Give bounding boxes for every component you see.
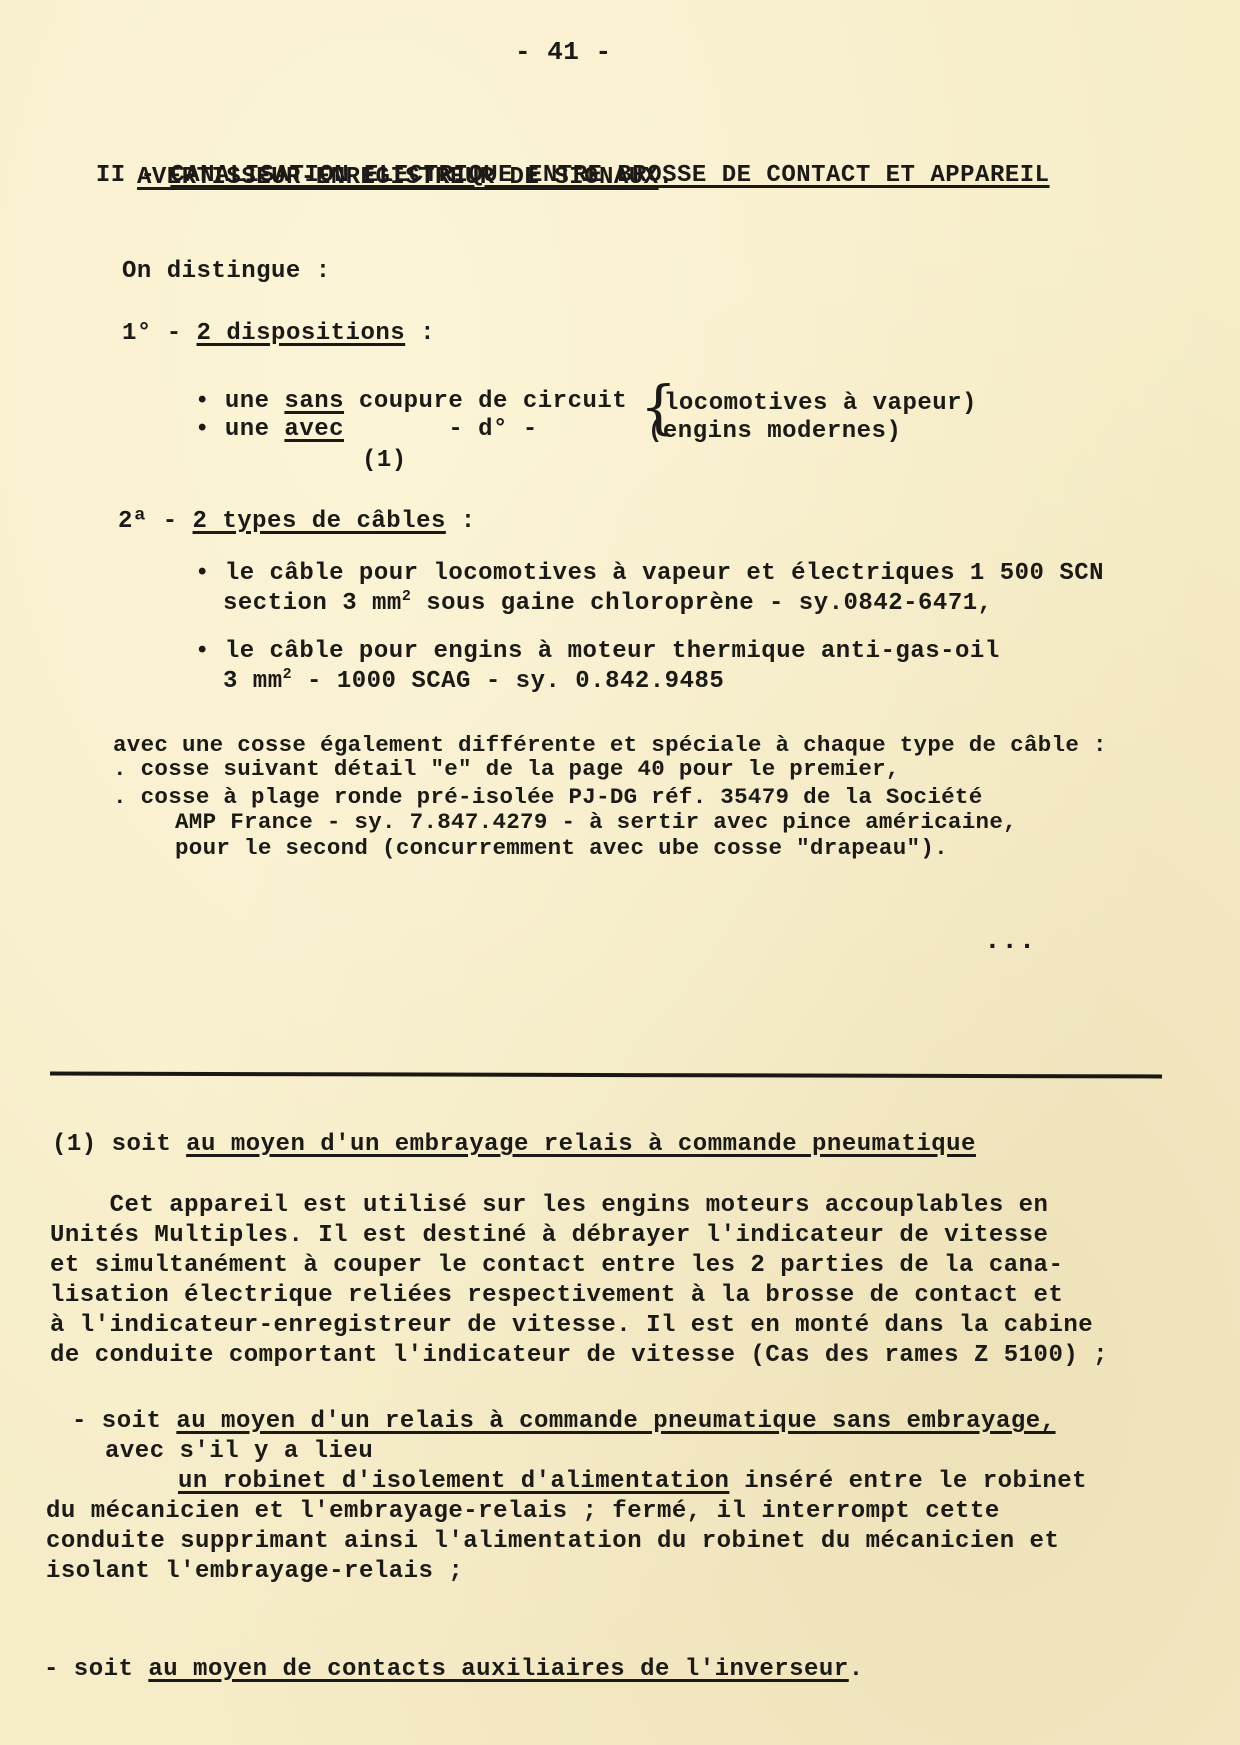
item1-paren1: locomotives à vapeur)	[664, 390, 977, 418]
option3-heading: - soit au moyen de contacts auxiliaires …	[44, 1656, 864, 1684]
section-heading-line2: AVERTISSEUR-ENREGISTREUR DE SIGNAUX.	[137, 164, 674, 192]
option2-rest3: isolant l'embrayage-relais ;	[46, 1558, 463, 1586]
bullet-icon: •	[195, 638, 210, 665]
item1-heading: 1° - 2 dispositions :	[122, 320, 435, 348]
item1-paren2: (engins modernes)	[648, 418, 901, 446]
footnote-divider	[50, 1072, 1162, 1079]
footnote-para-line2: Unités Multiples. Il est destiné à débra…	[50, 1222, 1048, 1250]
option2-rest2: conduite supprimant ainsi l'alimentation…	[46, 1528, 1059, 1556]
option2-line3: un robinet d'isolement d'alimentation in…	[178, 1468, 1087, 1496]
option2-heading: - soit au moyen d'un relais à commande p…	[72, 1408, 1056, 1436]
footnote-ref: (1)	[362, 447, 407, 475]
footnote-para-line5: à l'indicateur-enregistreur de vitesse. …	[50, 1312, 1093, 1340]
intro-text: On distingue :	[122, 258, 331, 286]
footnote-para-line4: lisation électrique reliées respectiveme…	[50, 1282, 1063, 1310]
cosse-line2: . cosse suivant détail "e" de la page 40…	[113, 755, 900, 783]
item1-line2: • une avec - d° -	[195, 416, 538, 444]
cosse-line4: AMP France - sy. 7.847.4279 - à sertir a…	[175, 808, 1017, 836]
cosse-line5: pour le second (concurremment avec ube c…	[175, 834, 948, 862]
section-title-line2: AVERTISSEUR-ENREGISTREUR DE SIGNAUX	[137, 164, 659, 191]
footnote-para-line1: Cet appareil est utilisé sur les engins …	[50, 1192, 1048, 1220]
cable2-line2: 3 mm2 - 1000 SCAG - sy. 0.842.9485	[223, 668, 724, 696]
item2-title: 2 types de câbles	[193, 508, 446, 535]
footnote-title: au moyen d'un embrayage relais à command…	[186, 1131, 976, 1158]
bullet-icon: •	[195, 560, 210, 587]
continuation-dots: ...	[984, 928, 1036, 956]
footnote-para-line6: de conduite comportant l'indicateur de v…	[50, 1342, 1108, 1370]
bullet-icon: •	[195, 416, 210, 443]
item1-title: 2 dispositions	[197, 320, 406, 347]
cosse-line3: . cosse à plage ronde pré-isolée PJ-DG r…	[113, 783, 983, 811]
cable1-line1: • le câble pour locomotives à vapeur et …	[195, 560, 1104, 588]
cable2-line1: • le câble pour engins à moteur thermiqu…	[195, 638, 1000, 666]
bullet-icon: •	[195, 388, 210, 415]
item2-heading: 2ª - 2 types de câbles :	[118, 508, 476, 536]
option2-rest1: du mécanicien et l'embrayage-relais ; fe…	[46, 1498, 1000, 1526]
cable1-line2: section 3 mm2 sous gaine chloroprène - s…	[223, 590, 993, 618]
page-number: - 41 -	[515, 38, 612, 66]
option2-line2: avec s'il y a lieu	[105, 1438, 373, 1466]
footnote-heading: (1) soit au moyen d'un embrayage relais …	[52, 1131, 976, 1159]
footnote-para-line3: et simultanément à couper le contact ent…	[50, 1252, 1063, 1280]
item1-line1: • une sans coupure de circuit	[195, 388, 627, 416]
